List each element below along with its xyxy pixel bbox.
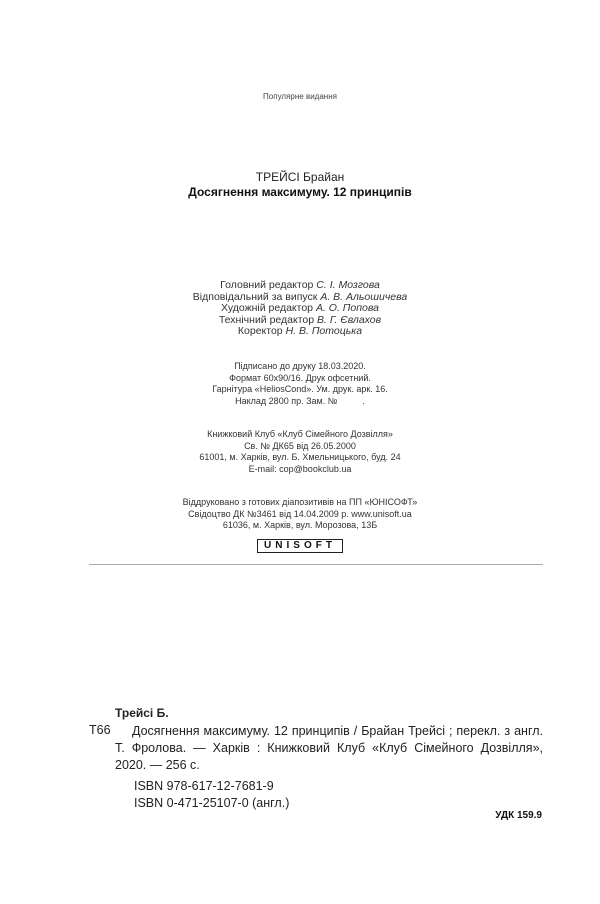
print-info: Підписано до друку 18.03.2020. Формат 60… xyxy=(0,361,600,407)
book-author: ТРЕЙСІ Брайан xyxy=(0,170,600,184)
unisoft-logo: UNISOFT xyxy=(257,539,343,553)
publisher-line: Книжковий Клуб «Клуб Сімейного Дозвілля» xyxy=(0,429,600,441)
publisher-line: E-mail: cop@bookclub.ua xyxy=(0,464,600,476)
publisher-info: Книжковий Клуб «Клуб Сімейного Дозвілля»… xyxy=(0,429,600,475)
printer-info: Віддруковано з готових діапозитивів на П… xyxy=(0,497,600,532)
isbn-line: ISBN 0-471-25107-0 (англ.) xyxy=(134,795,289,812)
print-line: Гарнітура «HeliosCond». Ум. друк. арк. 1… xyxy=(0,384,600,396)
editorial-credits: Головний редактор С. І. Мозгова Відповід… xyxy=(0,280,600,338)
isbn-line: ISBN 978-617-12-7681-9 xyxy=(134,778,289,795)
printer-logo-wrap: UNISOFT xyxy=(0,535,600,553)
print-line: Наклад 2800 пр. Зам. № . xyxy=(0,396,600,408)
biblio-code: Т66 xyxy=(89,723,111,737)
print-line: Підписано до друку 18.03.2020. xyxy=(0,361,600,373)
isbn-list: ISBN 978-617-12-7681-9 ISBN 0-471-25107-… xyxy=(134,778,289,812)
book-title: Досягнення максимуму. 12 принципів xyxy=(0,185,600,199)
printer-line: 61036, м. Харків, вул. Морозова, 13Б xyxy=(0,520,600,532)
series-label: Популярне видання xyxy=(0,92,600,101)
print-line: Формат 60x90/16. Друк офсетний. xyxy=(0,373,600,385)
divider xyxy=(89,564,543,565)
biblio-author: Трейсі Б. xyxy=(115,706,169,720)
publisher-line: Св. № ДК65 від 26.05.2000 xyxy=(0,441,600,453)
printer-line: Віддруковано з готових діапозитивів на П… xyxy=(0,497,600,509)
credit-line: Коректор Н. В. Потоцька xyxy=(0,326,600,338)
printer-line: Свідоцтво ДК №3461 від 14.04.2009 р. www… xyxy=(0,509,600,521)
publisher-line: 61001, м. Харків, вул. Б. Хмельницького,… xyxy=(0,452,600,464)
udk-code: УДК 159.9 xyxy=(495,810,542,821)
biblio-text: Досягнення максимуму. 12 принципів / Бра… xyxy=(115,723,543,774)
